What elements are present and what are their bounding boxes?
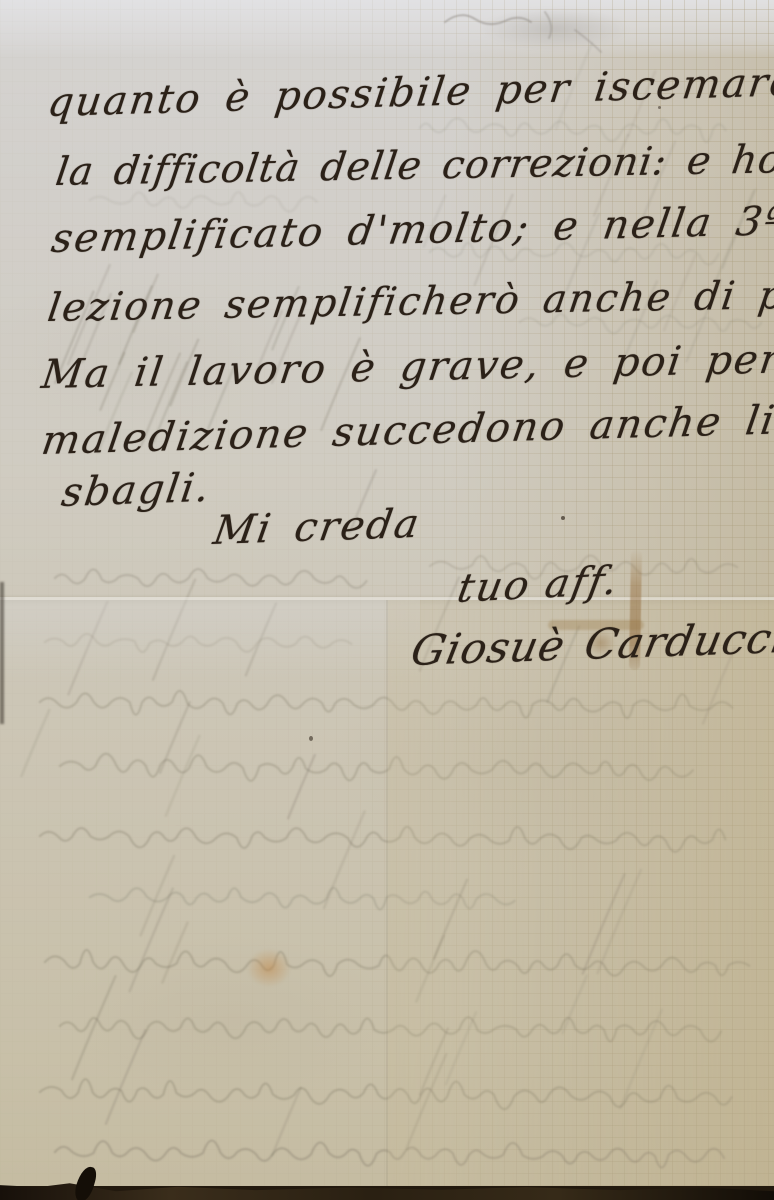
letter-photo: quanto è possibile per iscemare la diffi…: [0, 0, 774, 1200]
page-left-edge-shadow: [0, 582, 4, 724]
ink-speck: [309, 736, 313, 741]
paper-discoloration: [388, 600, 774, 1186]
pencil-inscription-smudge: [480, 8, 630, 50]
closing-phrase: Mi creda: [210, 501, 424, 554]
ink-speck: [561, 516, 565, 520]
valediction: tuo aff.: [454, 558, 623, 612]
handwritten-line-7: sbagli.: [59, 465, 214, 516]
foxing-stain: [246, 948, 292, 988]
fold-highlight-band: [0, 600, 420, 680]
